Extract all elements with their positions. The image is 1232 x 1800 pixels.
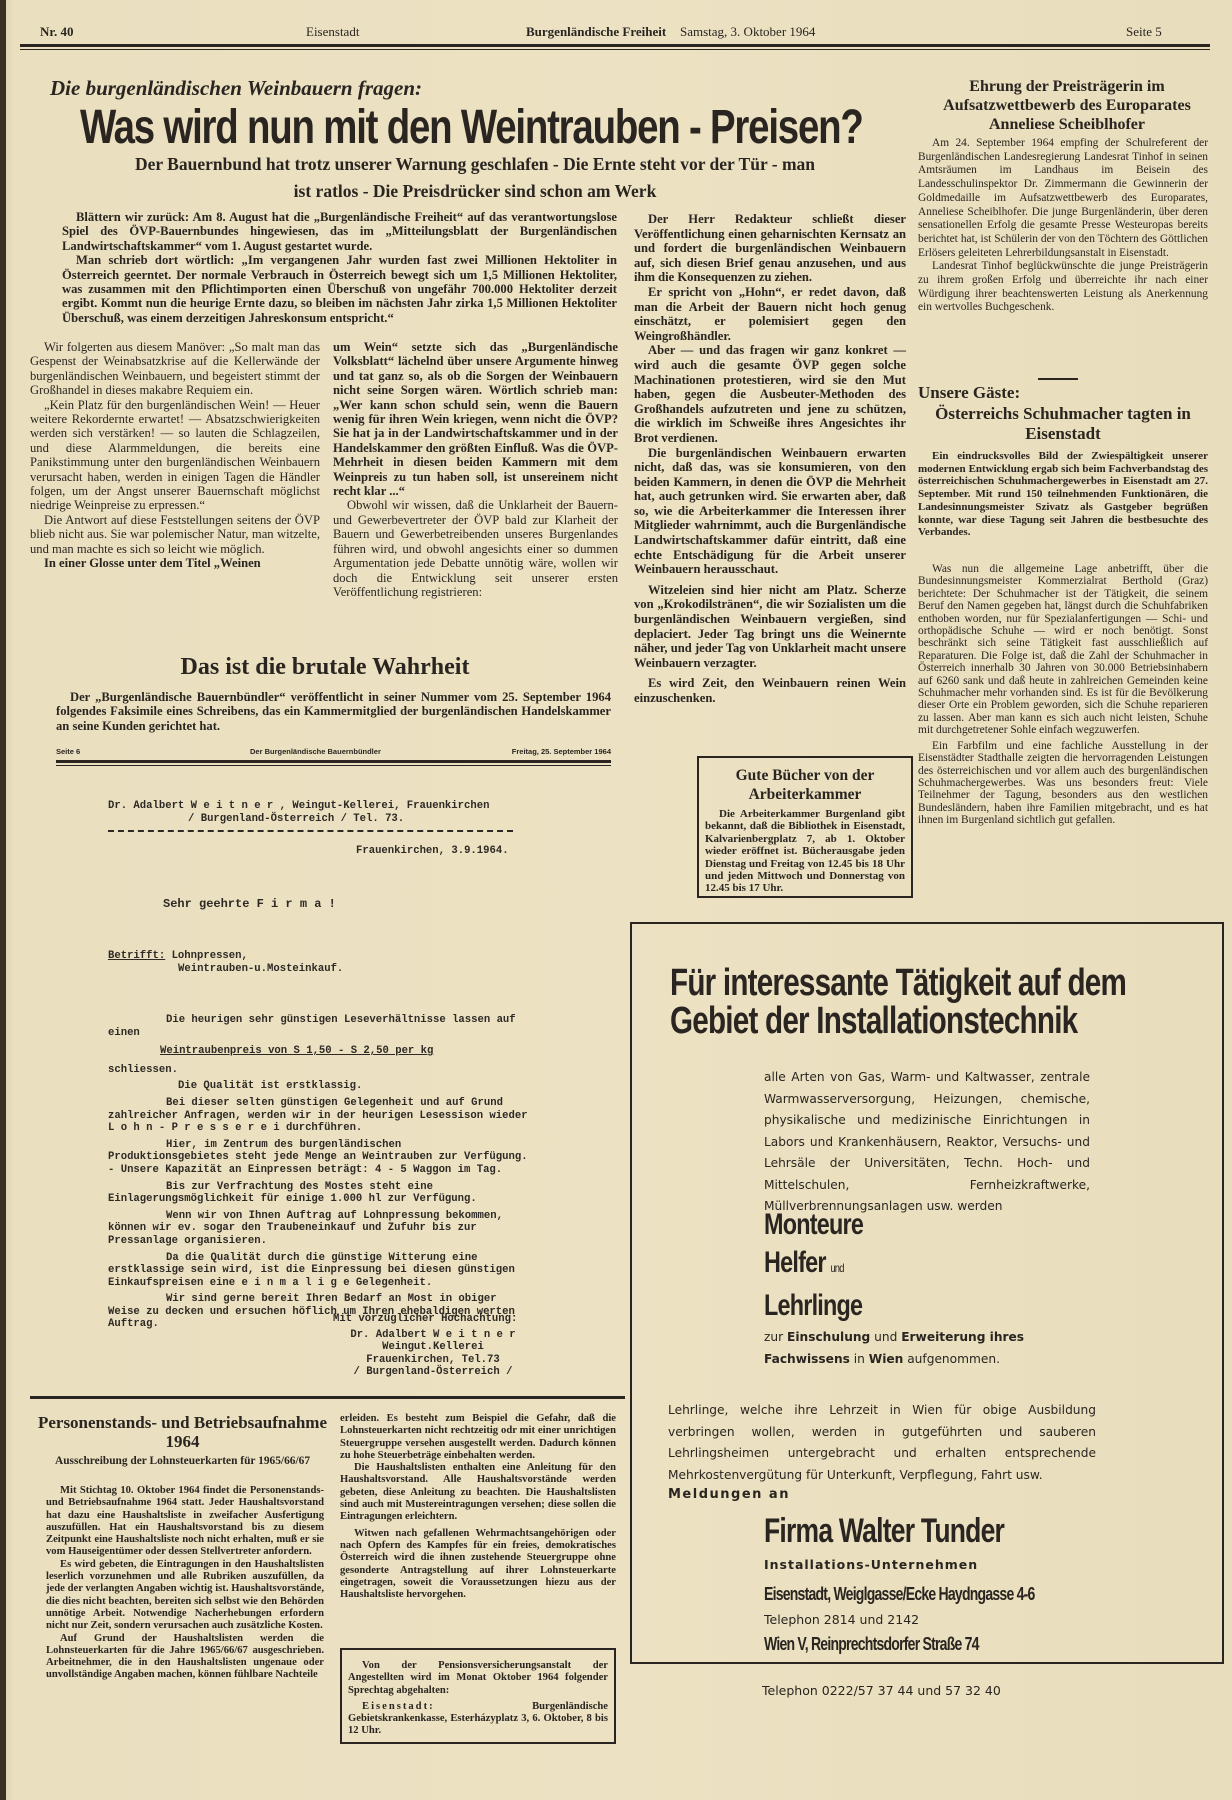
lead-subheadline: Der Bauernbund hat trotz unserer Warnung… (40, 151, 910, 205)
ad-roles: Monteure Helferund Lehrlinge (764, 1206, 863, 1325)
shoemakers-title: Österreichs Schuhmacher tagten in Eisens… (918, 404, 1208, 444)
intro-paragraph: Blättern wir zurück: Am 8. August hat di… (62, 210, 617, 253)
masthead-paper: Burgenländische Freiheit (526, 24, 666, 40)
shoemakers-kicker: Unsere Gäste: (918, 382, 1020, 404)
shoemakers-lead: Ein eindrucksvolles Bild der Zwiespältig… (918, 450, 1208, 539)
lead-headline: Was wird nun mit den Weintrauben - Preis… (80, 100, 863, 155)
lead-column-3: Der Herr Redakteur schließt dieser Veröf… (634, 212, 906, 706)
masthead-date: Samstag, 3. Oktober 1964 (680, 24, 815, 40)
ad-company-type: Installations-Unternehmen (764, 1554, 978, 1576)
paragraph: Witwen nach gefallenen Wehrmachtsangehör… (340, 1528, 616, 1602)
paragraph: Obwohl wir wissen, daß die Unklarheit de… (333, 498, 618, 599)
letterhead-line: Dr. Adalbert W e i t n e r , Weingut-Kel… (108, 800, 528, 813)
signature-line: Dr. Adalbert W e i t n e r (333, 1329, 533, 1342)
books-box: Gute Bücher von der Arbeiterkammer Die A… (697, 756, 913, 898)
letter-signature: Mit vorzüglicher Hochachtung: Dr. Adalbe… (333, 1313, 533, 1379)
letter-paragraph: Hier, im Zentrum des burgenländischen Pr… (108, 1139, 528, 1177)
role-conjunction: und (830, 1261, 843, 1275)
ad-headline: Für interessante Tätigkeit auf dem Gebie… (670, 964, 1126, 1040)
page-number: Seite 5 (1126, 24, 1162, 40)
subject-line: Weintrauben-u.Mosteinkauf. (108, 963, 343, 976)
signature-line: Weingut.Kellerei (333, 1341, 533, 1354)
books-title: Gute Bücher von der Arbeiterkammer (699, 766, 911, 804)
issue-number: Nr. 40 (40, 24, 73, 40)
subject-label: Betrifft: (108, 950, 165, 962)
masthead: Nr. 40 Eisenstadt Burgenländische Freihe… (40, 24, 1220, 44)
letter-line: einen (108, 1027, 528, 1040)
price-line: Weintraubenpreis von S 1,50 - S 2,50 per… (108, 1045, 528, 1058)
paragraph: Witzeleien sind hier nicht am Platz. Sch… (634, 583, 906, 671)
subheadline-line-1: Der Bauernbund hat trotz unserer Warnung… (40, 151, 910, 178)
award-title: Ehrung der Preisträgerin im Aufsatzwettb… (912, 77, 1222, 134)
paragraph: Mit Stichtag 10. Oktober 1964 findet die… (46, 1485, 324, 1559)
paragraph: Von der Pensionsversicherungsanstalt der… (348, 1660, 608, 1697)
brutal-title: Das ist die brutale Wahrheit (30, 654, 620, 681)
pension-place: Eisenstadt: (362, 1701, 435, 1712)
paragraph: Ein Farbfilm und eine fachliche Ausstell… (918, 740, 1208, 827)
ad-headline-line: Für interessante Tätigkeit auf dem (670, 964, 1126, 1002)
section-divider (30, 1396, 625, 1399)
purpose-text: zur (764, 1330, 783, 1344)
short-divider (1038, 378, 1078, 380)
ad-address-2: Wien V, Reinprechtsdorfer Straße 74 (764, 1634, 979, 1655)
paragraph: Was nun die allgemeine Lage anbetrifft, … (918, 563, 1208, 737)
books-text: Die Arbeiterkammer Burgenland gibt bekan… (699, 804, 911, 895)
paragraph: In einer Glosse unter dem Titel „Weinen (30, 556, 320, 570)
signature-line: / Burgenland-Österreich / (333, 1366, 533, 1379)
ad-purpose: zur Einschulung und Erweiterung ihres Fa… (764, 1327, 1094, 1370)
ad-apprentice-text: Lehrlinge, welche ihre Lehrzeit in Wien … (668, 1400, 1096, 1486)
lead-kicker: Die burgenländischen Weinbauern fragen: (50, 76, 422, 101)
letter-line: Die Qualität ist erstklassig. (108, 1080, 528, 1093)
role-lehrlinge: Lehrlinge (764, 1287, 863, 1325)
paragraph: Er spricht von „Hohn“, er redet davon, d… (634, 285, 906, 343)
letter-paragraph: Bis zur Verfrachtung des Mostes steht ei… (108, 1181, 528, 1206)
facsimile-header: Seite 6 Der Burgenländische Bauernbündle… (56, 747, 611, 759)
paragraph: Es wird Zeit, den Weinbauern reinen Wein… (634, 676, 906, 705)
award-body: Am 24. September 1964 empfing der Schulr… (918, 137, 1208, 315)
masthead-rule (20, 44, 1210, 50)
letter-date: Frauenkirchen, 3.9.1964. (356, 845, 509, 858)
ad-intro: alle Arten von Gas, Warm- und Kaltwasser… (764, 1067, 1090, 1218)
paragraph: Am 24. September 1964 empfing der Schulr… (918, 137, 1208, 260)
purpose-text: aufgenommen. (907, 1352, 1000, 1366)
paragraph: Die Arbeiterkammer Burgenland gibt bekan… (705, 808, 905, 895)
ad-headline-line: Gebiet der Installationstechnik (670, 1002, 1126, 1040)
census-subtitle: Ausschreibung der Lohnsteuerkarten für 1… (30, 1455, 335, 1468)
paragraph: Die Antwort auf diese Feststellungen sei… (30, 513, 320, 556)
ad-address-1: Eisenstadt, Weiglgasse/Ecke Haydngasse 4… (764, 1584, 1035, 1605)
ad-phone-2: Telephon 0222/57 37 44 und 57 32 40 (762, 1680, 1001, 1702)
census-title: Personenstands- und Betriebsaufnahme 196… (30, 1413, 335, 1451)
role-helfer: Helfer (764, 1246, 826, 1279)
shoemakers-body: Was nun die allgemeine Lage anbetrifft, … (918, 563, 1208, 827)
paragraph: Ein eindrucksvolles Bild der Zwiespältig… (918, 450, 1208, 539)
closing: Mit vorzüglicher Hochachtung: (333, 1313, 533, 1326)
scan-edge (0, 0, 6, 1800)
paragraph: „Kein Platz für den burgenländischen Wei… (30, 398, 320, 513)
facsimile-date: Freitag, 25. September 1964 (512, 747, 611, 756)
ad-apply-label: Meldungen an (668, 1484, 790, 1506)
subheadline-line-2: ist ratlos - Die Preisdrücker sind schon… (40, 178, 910, 205)
ad-company: Firma Walter Tunder (764, 1512, 1004, 1551)
paragraph: erleiden. Es besteht zum Beispiel die Ge… (340, 1413, 616, 1462)
paragraph: Der „Burgenländische Bauernbündler“ verö… (56, 690, 611, 733)
purpose-emph: Einschulung (787, 1330, 870, 1344)
paragraph: Aber — und das fragen wir ganz konkret —… (634, 343, 906, 445)
masthead-place: Eisenstadt (306, 24, 359, 40)
letterhead-rule (108, 830, 513, 832)
job-ad-box: Für interessante Tätigkeit auf dem Gebie… (630, 922, 1224, 1664)
paragraph: Die burgenländischen Weinbauern erwarten… (634, 446, 906, 577)
letter-paragraph: Da die Qualität durch die günstige Witte… (108, 1252, 528, 1290)
newspaper-page: Nr. 40 Eisenstadt Burgenländische Freihe… (0, 0, 1232, 1800)
census-column-1: Mit Stichtag 10. Oktober 1964 findet die… (46, 1485, 324, 1682)
paragraph: Wir folgerten aus diesem Manöver: „So ma… (30, 340, 320, 398)
ad-phone-1: Telephon 2814 und 2142 (764, 1609, 919, 1631)
lead-intro: Blättern wir zurück: Am 8. August hat di… (62, 210, 617, 325)
lead-column-1: Wir folgerten aus diesem Manöver: „So ma… (30, 340, 320, 571)
census-column-2: erleiden. Es besteht zum Beispiel die Ge… (340, 1413, 616, 1601)
paragraph: Auf Grund der Haushaltslisten werden die… (46, 1633, 324, 1682)
purpose-text: in (854, 1352, 865, 1366)
subject-line: Lohnpressen, (172, 950, 248, 962)
facsimile-paper: Der Burgenländische Bauernbündler (250, 747, 381, 756)
pension-box: Von der Pensionsversicherungsanstalt der… (340, 1648, 616, 1744)
purpose-emph: Wien (869, 1352, 904, 1366)
purpose-text: und (874, 1330, 897, 1344)
role-monteure: Monteure (764, 1206, 863, 1244)
letter-subject: Betrifft: Lohnpressen, Weintrauben-u.Mos… (108, 950, 343, 975)
paragraph: Es wird gebeten, die Eintragungen in den… (46, 1559, 324, 1633)
letter-paragraph: Wenn wir von Ihnen Auftrag auf Lohnpress… (108, 1210, 528, 1248)
letter-line: Die heurigen sehr günstigen Leseverhältn… (108, 1014, 528, 1027)
paragraph: um Wein“ setzte sich das „Burgenländisch… (333, 340, 618, 498)
signature-line: Frauenkirchen, Tel.73 (333, 1354, 533, 1367)
brutal-intro: Der „Burgenländische Bauernbündler“ verö… (56, 690, 611, 733)
letter-paragraph: Bei dieser selten günstigen Gelegenheit … (108, 1097, 528, 1135)
paragraph: Der Herr Redakteur schließt dieser Veröf… (634, 212, 906, 285)
paragraph: Die Haushaltslisten enthalten eine Anlei… (340, 1462, 616, 1523)
lead-column-2: um Wein“ setzte sich das „Burgenländisch… (333, 340, 618, 599)
letter-line: schliessen. (108, 1064, 528, 1077)
facsimile-rule (56, 760, 611, 766)
intro-paragraph: Man schrieb dort wörtlich: „Im vergangen… (62, 253, 617, 325)
letter-salutation: Sehr geehrte F i r m a ! (163, 898, 336, 911)
letterhead: Dr. Adalbert W e i t n e r , Weingut-Kel… (108, 800, 528, 825)
letter-body: Die heurigen sehr günstigen Leseverhältn… (108, 1014, 528, 1331)
facsimile-page: Seite 6 (56, 747, 80, 756)
pension-text: Von der Pensionsversicherungsanstalt der… (342, 1650, 614, 1738)
letterhead-line: / Burgenland-Österreich / Tel. 73. (108, 813, 528, 826)
paragraph: Landesrat Tinhof beglückwünschte die jun… (918, 260, 1208, 315)
